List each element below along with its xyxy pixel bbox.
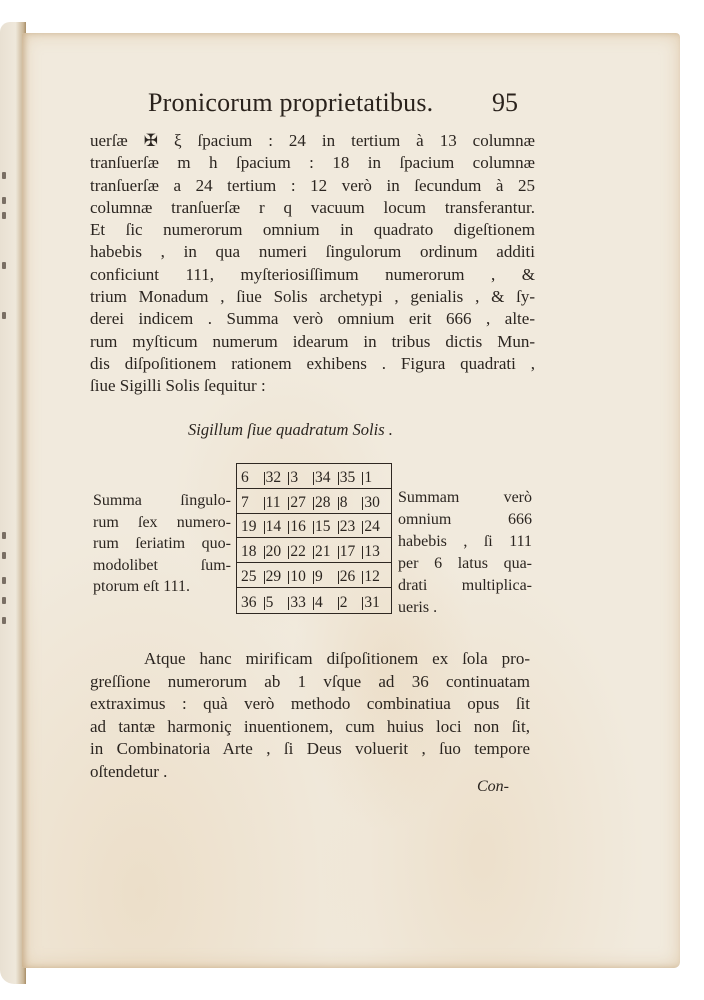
square-cell: 4 (315, 594, 340, 612)
square-row: 19 14 16 15 23 24 (237, 514, 391, 539)
square-cell: 5 (266, 594, 291, 612)
text-line: conficiunt 111, myſteriosiſſimum numeror… (90, 264, 535, 286)
text-line: habebis , in qua numeri ſingulorum ordin… (90, 241, 535, 263)
text-line: oſtendetur . (90, 761, 530, 784)
text-line: greſſione numerorum ab 1 vſque ad 36 con… (90, 671, 530, 694)
square-cell: 30 (364, 494, 389, 512)
text-line: uerſæ ✠ ξ ſpacium : 24 in tertium à 13 c… (90, 130, 535, 152)
square-cell: 13 (364, 543, 389, 561)
square-cell: 10 (290, 568, 315, 586)
note-line: per 6 latus qua- (398, 553, 532, 575)
square-cell: 19 (241, 518, 266, 536)
running-head-title: Pronicorum proprietatibus. (148, 88, 548, 118)
right-side-note: Summam verò omnium 666 habebis , ſi 111 … (398, 487, 532, 619)
square-cell: 3 (290, 469, 315, 487)
square-cell: 8 (340, 494, 365, 512)
square-cell: 11 (266, 494, 291, 512)
main-paragraph: uerſæ ✠ ξ ſpacium : 24 in tertium à 13 c… (90, 130, 535, 398)
square-cell: 28 (315, 494, 340, 512)
note-line: Summam verò (398, 487, 532, 509)
square-cell: 36 (241, 594, 266, 612)
left-side-note: Summa ſingulo- rum ſex numero- rum ſeria… (93, 490, 231, 598)
square-cell: 33 (290, 594, 315, 612)
text-line: tranſuerſæ a 24 tertium : 12 verò in ſec… (90, 175, 535, 197)
square-cell: 7 (241, 494, 266, 512)
note-line: ptorum eſt 111. (93, 576, 231, 598)
square-cell: 17 (340, 543, 365, 561)
magic-square-table: 6 32 3 34 35 1 7 11 27 28 8 30 19 14 16 … (236, 463, 392, 614)
square-row: 18 20 22 21 17 13 (237, 538, 391, 563)
previous-page-text-fragments (2, 22, 12, 984)
square-cell: 23 (340, 518, 365, 536)
square-cell: 29 (266, 568, 291, 586)
square-cell: 15 (315, 518, 340, 536)
square-cell: 27 (290, 494, 315, 512)
text-line: Et ſic numerorum omnium in quadrato dige… (90, 219, 535, 241)
note-line: rum ſex numero- (93, 512, 231, 534)
text-line: ſiue Sigilli Solis ſequitur : (90, 375, 535, 397)
square-cell: 16 (290, 518, 315, 536)
square-cell: 35 (340, 469, 365, 487)
text-line: derei indicem . Summa verò omnium erit 6… (90, 308, 535, 330)
text-line: extraximus : quà verò methodo combinatiu… (90, 693, 530, 716)
note-line: habebis , ſi 111 (398, 531, 532, 553)
note-line: ueris . (398, 597, 532, 619)
text-line: dis diſpoſitionem rationem exhibens . Fi… (90, 353, 535, 375)
square-cell: 20 (266, 543, 291, 561)
text-line: trium Monadum , ſiue Solis archetypi , g… (90, 286, 535, 308)
note-line: omnium 666 (398, 509, 532, 531)
note-line: Summa ſingulo- (93, 490, 231, 512)
square-cell: 18 (241, 543, 266, 561)
square-cell: 2 (340, 594, 365, 612)
square-cell: 34 (315, 469, 340, 487)
square-row: 36 5 33 4 2 31 (237, 588, 391, 613)
square-cell: 12 (364, 568, 389, 586)
catchword: Con- (477, 778, 509, 796)
square-cell: 22 (290, 543, 315, 561)
note-line: rum ſeriatim quo- (93, 533, 231, 555)
text-line: ad tantæ harmoniç inuentionem, cum huius… (90, 716, 530, 739)
text-line: rum myſticum numerum idearum in tribus d… (90, 331, 535, 353)
square-cell: 26 (340, 568, 365, 586)
square-cell: 25 (241, 568, 266, 586)
square-row: 6 32 3 34 35 1 (237, 464, 391, 489)
square-cell: 24 (364, 518, 389, 536)
square-row: 25 29 10 9 26 12 (237, 563, 391, 588)
text-line: columnæ tranſuerſæ r q vacuum locum tran… (90, 197, 535, 219)
figure-caption: Sigillum ſiue quadratum Solis . (188, 420, 488, 440)
text-line: Atque hanc mirificam diſpoſitionem ex ſo… (90, 648, 530, 671)
page-number: 95 (492, 88, 518, 118)
note-line: drati multiplica- (398, 575, 532, 597)
text-line: in Combinatoria Arte , ſi Deus voluerit … (90, 738, 530, 761)
square-row: 7 11 27 28 8 30 (237, 489, 391, 514)
square-cell: 6 (241, 469, 266, 487)
square-cell: 21 (315, 543, 340, 561)
square-cell: 32 (266, 469, 291, 487)
text-line: tranſuerſæ m h ſpacium : 18 in ſpacium c… (90, 152, 535, 174)
square-cell: 1 (364, 469, 389, 487)
square-cell: 31 (364, 594, 389, 612)
note-line: modolibet ſum- (93, 555, 231, 577)
square-cell: 9 (315, 568, 340, 586)
square-cell: 14 (266, 518, 291, 536)
closing-paragraph: Atque hanc mirificam diſpoſitionem ex ſo… (90, 648, 530, 783)
